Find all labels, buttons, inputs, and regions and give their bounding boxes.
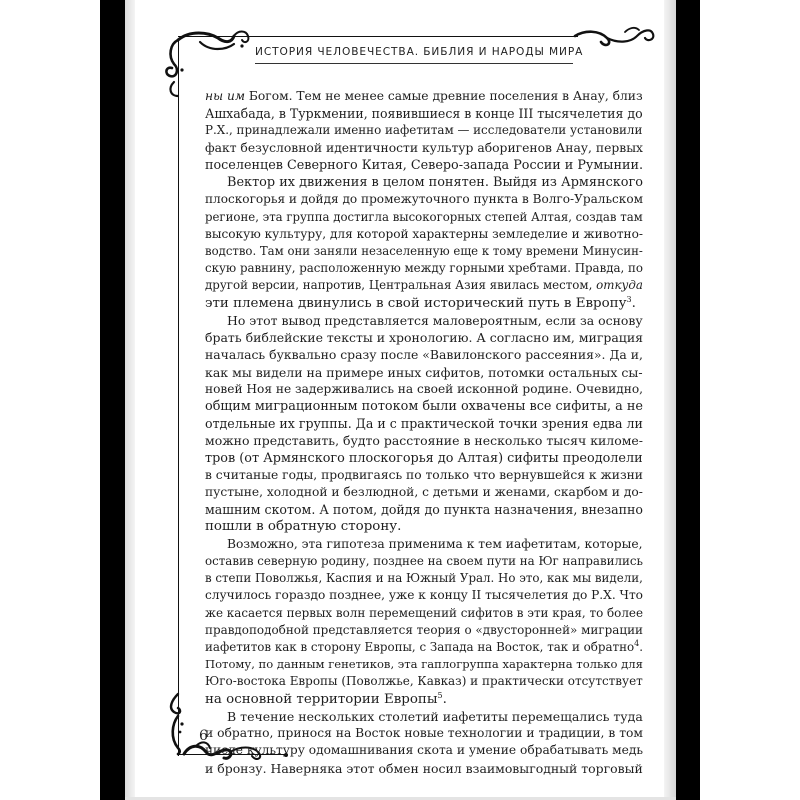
frame-left-rule: [178, 40, 179, 756]
text-run: .: [443, 692, 447, 707]
text-line: поселенцев Северного Китая, Северо-запад…: [205, 157, 643, 174]
emphasis-text: ны им: [205, 89, 245, 103]
text-run: пустыне, холодной и безлюдной, с детьми …: [205, 485, 643, 499]
text-run: Ашхабада, в Туркмении, появившиеся в кон…: [205, 106, 643, 121]
text-line: в считаные годы, продвигаясь по только ч…: [205, 467, 643, 484]
text-line: отдельные их группы. Да и с практической…: [205, 415, 643, 432]
text-line: числе культуру одомашнивания скота и уме…: [205, 742, 643, 759]
text-line: брать библейские тексты и хронологию. А …: [205, 329, 643, 346]
text-run: брать библейские тексты и хронологию. А …: [205, 330, 643, 345]
text-line: началась буквально сразу после «Вавилонс…: [205, 346, 643, 363]
text-run: и бронзу. Наверняка этот обмен носил вза…: [205, 761, 643, 776]
text-run: на основной территории Европы: [205, 692, 438, 707]
text-line: можно представить, будто расстояние в не…: [205, 432, 643, 449]
text-run: факт безусловной идентичности культур аб…: [205, 141, 643, 155]
text-run: регионе, эта группа достигла высокогорны…: [205, 210, 643, 224]
text-run: можно представить, будто расстояние в не…: [205, 433, 643, 448]
text-run: же касается первых волн перемещений сифи…: [205, 606, 643, 620]
text-line: Юго-востока Европы (Поволжье, Кавказ) и …: [205, 673, 643, 690]
running-head-rule: [255, 63, 573, 64]
text-run: Потому, по данным генетиков, эта гаплогр…: [205, 657, 643, 671]
text-run: оставив северную родину, позднее на свое…: [205, 554, 643, 568]
text-line: пошли в обратную сторону.: [205, 518, 643, 535]
text-run: плоскогорья и дойдя до промежуточного пу…: [205, 192, 643, 206]
text-line: Но этот вывод представляется маловероятн…: [205, 312, 643, 329]
text-run: иафетитов как в сторону Европы, с Запада…: [205, 640, 634, 654]
text-run: правдоподобной представляется теория о «…: [205, 623, 643, 637]
text-line: плоскогорья и дойдя до промежуточного пу…: [205, 191, 643, 208]
text-run: началась буквально сразу после «Вавилонс…: [205, 347, 643, 362]
text-line: эти племена двинулись в свой исторически…: [205, 295, 643, 312]
text-line: Р.Х., принадлежали именно иафетитам — ис…: [205, 122, 643, 139]
emphasis-text: откуда: [596, 278, 643, 292]
text-line: скую равнину, расположенную между горным…: [205, 260, 643, 277]
text-run: Возможно, эта гипотеза применима к тем и…: [227, 537, 643, 551]
running-head: ИСТОРИЯ ЧЕЛОВЕЧЕСТВА. БИБЛИЯ И НАРОДЫ МИ…: [255, 44, 573, 62]
text-line: водство. Там они заняли незаселенную еще…: [205, 243, 643, 260]
text-line: тров (от Армянского плоскогорья до Алтая…: [205, 450, 643, 467]
text-line: как мы видели на примере иных сифитов, п…: [205, 364, 643, 381]
text-run: эти племена двинулись в свой исторически…: [205, 296, 626, 311]
text-line: оставив северную родину, позднее на свое…: [205, 553, 643, 570]
text-run: поселенцев Северного Китая, Северо-запад…: [205, 158, 643, 173]
body-text: ны им Богом. Тем не менее самые древние …: [205, 88, 643, 777]
text-run: другой версии, напротив, Центральная Ази…: [205, 278, 596, 292]
text-run: Р.Х., принадлежали именно иафетитам — ис…: [205, 123, 642, 137]
text-line: новей Ноя не задерживались на своей иско…: [205, 381, 643, 398]
text-line: регионе, эта группа достигла высокогорны…: [205, 209, 643, 226]
text-line: и обратно, принося на Восток новые техно…: [205, 725, 643, 742]
text-line: в степи Поволжья, Каспия и на Южный Урал…: [205, 570, 643, 587]
text-run: тров (от Армянского плоскогорья до Алтая…: [205, 451, 643, 466]
text-line: и бронзу. Наверняка этот обмен носил вза…: [205, 760, 643, 777]
text-line: общим миграционным потоком были охвачены…: [205, 398, 643, 415]
text-run: в степи Поволжья, Каспия и на Южный Урал…: [205, 571, 643, 585]
text-line: же касается первых волн перемещений сифи…: [205, 605, 643, 622]
text-run: числе культуру одомашнивания скота и уме…: [205, 743, 643, 757]
text-run: в считаные годы, продвигаясь по только ч…: [205, 468, 643, 482]
text-run: скую равнину, расположенную между горным…: [205, 261, 643, 275]
page-edge-shadow-right: [664, 0, 676, 800]
text-line: В течение нескольких столетий иафетиты п…: [205, 708, 643, 725]
text-run: .: [632, 296, 636, 311]
text-run: как мы видели на примере иных сифитов, п…: [205, 365, 643, 380]
text-run: В течение нескольких столетий иафетиты п…: [227, 709, 643, 724]
text-run: и обратно, принося на Восток новые техно…: [205, 726, 643, 740]
text-line: высокую культуру, для которой характерны…: [205, 226, 643, 243]
text-line: другой версии, напротив, Центральная Ази…: [205, 277, 643, 294]
text-run: случилось гораздо позднее, уже к концу I…: [205, 588, 643, 602]
text-line: правдоподобной представляется теория о «…: [205, 622, 643, 639]
text-run: Вектор их движения в целом понятен. Выйд…: [227, 175, 643, 190]
viewer-background-left: [100, 0, 125, 800]
text-line: Ашхабада, в Туркмении, появившиеся в кон…: [205, 105, 643, 122]
text-run: Юго-востока Европы (Поволжье, Кавказ) и …: [205, 674, 643, 688]
viewer-background-right: [676, 0, 700, 800]
page-number: 6: [199, 728, 208, 744]
text-run: машним скотом. А потом, дойдя до пункта …: [205, 502, 643, 517]
text-run: отдельные их группы. Да и с практической…: [205, 416, 643, 431]
text-run: водство. Там они заняли незаселенную еще…: [205, 244, 643, 258]
text-line: Потому, по данным генетиков, эта гаплогр…: [205, 656, 643, 673]
text-run: Богом. Тем не менее самые древние поселе…: [245, 89, 643, 103]
text-line: случилось гораздо позднее, уже к концу I…: [205, 587, 643, 604]
text-line: машним скотом. А потом, дойдя до пункта …: [205, 501, 643, 518]
page-edge-shadow-left: [125, 0, 135, 800]
text-line: пустыне, холодной и безлюдной, с детьми …: [205, 484, 643, 501]
text-line: Возможно, эта гипотеза применима к тем и…: [205, 536, 643, 553]
text-run: новей Ноя не задерживались на своей иско…: [205, 382, 643, 396]
text-run: высокую культуру, для которой характерны…: [205, 227, 643, 241]
text-line: ны им Богом. Тем не менее самые древние …: [205, 88, 643, 105]
text-run: пошли в обратную сторону.: [205, 519, 401, 534]
text-line: на основной территории Европы5.: [205, 691, 643, 708]
text-run: .: [639, 640, 643, 654]
text-line: Вектор их движения в целом понятен. Выйд…: [205, 174, 643, 191]
text-line: факт безусловной идентичности культур аб…: [205, 140, 643, 157]
text-run: общим миграционным потоком были охвачены…: [205, 399, 643, 414]
text-run: Но этот вывод представляется маловероятн…: [227, 313, 643, 328]
text-line: иафетитов как в сторону Европы, с Запада…: [205, 639, 643, 656]
